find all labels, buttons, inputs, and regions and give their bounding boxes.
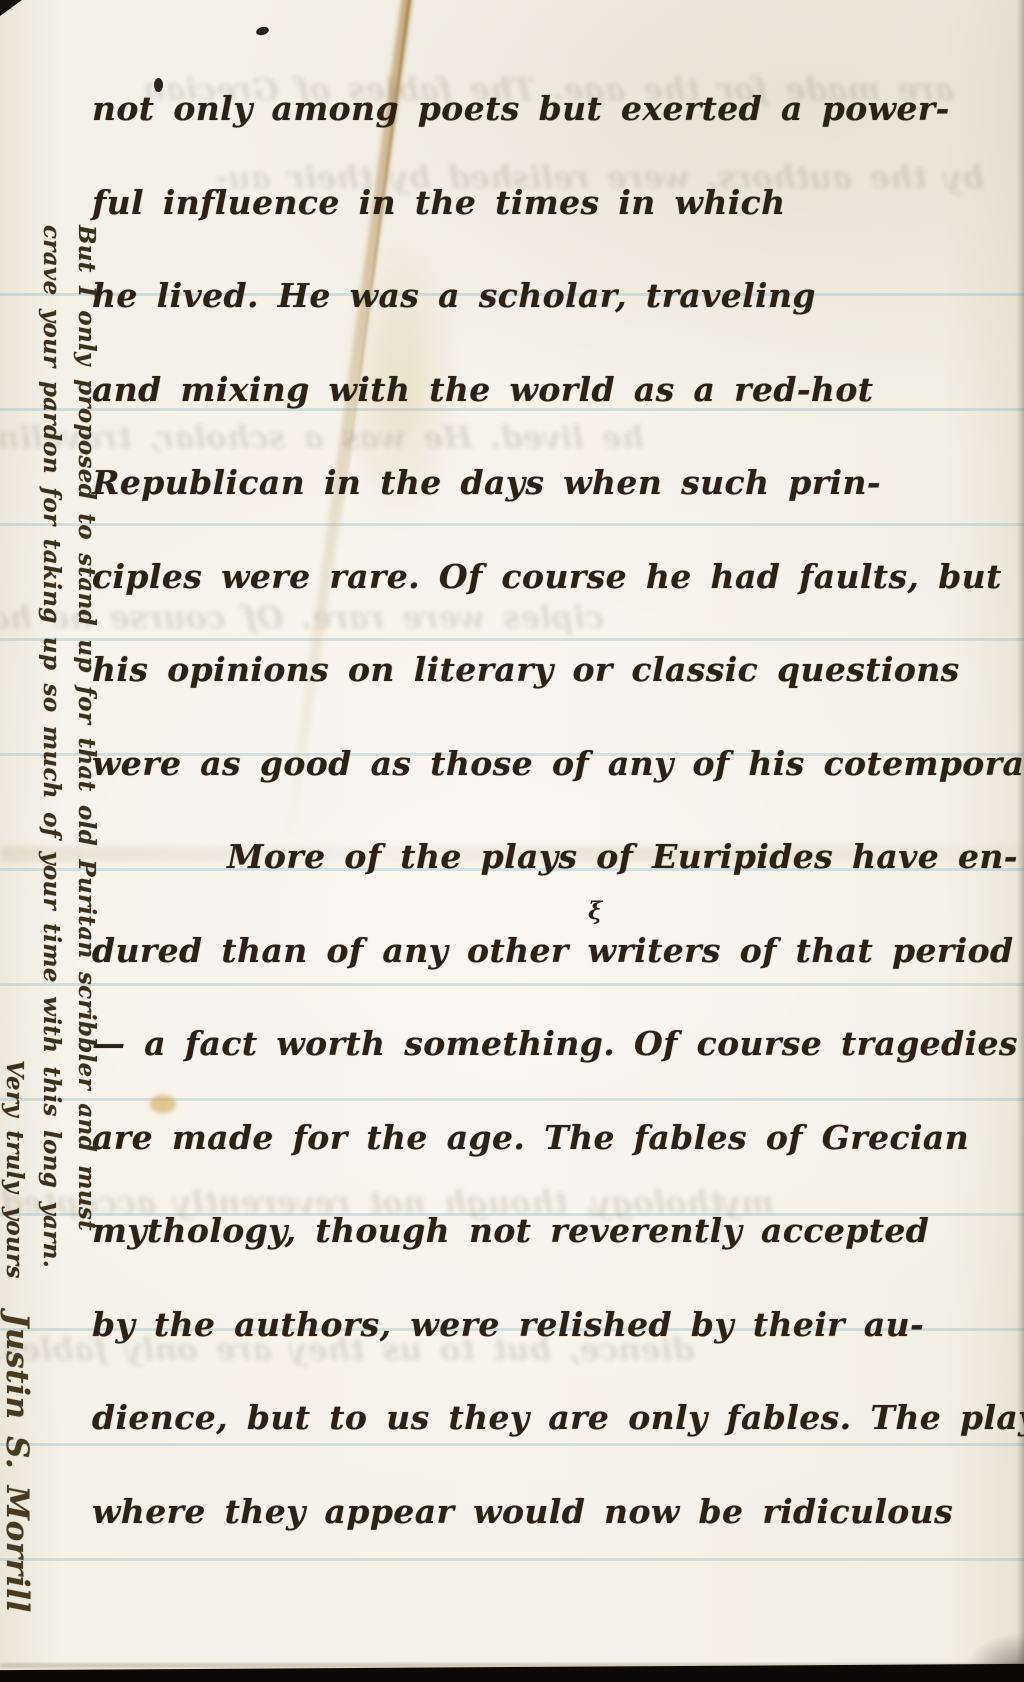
margin-note-closing: Very truly yoursJustin S. Morrill bbox=[0, 225, 34, 1677]
handwritten-line: he lived. He was a scholar, traveling bbox=[92, 249, 972, 343]
signature: Justin S. Morrill bbox=[0, 1313, 35, 1613]
handwritten-line: dience, but to us they are only fables. … bbox=[92, 1371, 972, 1465]
handwritten-line: — a fact worth something. Of course trag… bbox=[92, 997, 972, 1091]
handwritten-line: mythology, though not reverently accepte… bbox=[92, 1184, 972, 1278]
interline-insertion-mark: ξ bbox=[588, 896, 602, 925]
handwritten-line: dured than of any other writers of that … bbox=[92, 904, 972, 998]
handwritten-line: ciples were rare. Of course he had fault… bbox=[92, 530, 972, 624]
margin-note-line: But I only proposed to stand up for that… bbox=[69, 225, 104, 1677]
handwritten-line: are made for the age. The fables of Grec… bbox=[92, 1091, 972, 1185]
handwritten-line: were as good as those of any of his cote… bbox=[92, 717, 972, 811]
handwritten-line: Republican in the days when such prin- bbox=[92, 436, 972, 530]
page-edge-shadow bbox=[1017, 0, 1024, 1682]
handwritten-line: ful influence in the times in which bbox=[92, 156, 972, 250]
letter-body: not only among poets but exerted a power… bbox=[92, 62, 972, 1558]
handwritten-line: not only among poets but exerted a power… bbox=[92, 62, 972, 156]
margin-note-line: crave your pardon for taking up so much … bbox=[34, 225, 69, 1677]
margin-note-rotated: But I only proposed to stand up for that… bbox=[0, 225, 104, 1677]
ink-spot bbox=[154, 78, 163, 92]
handwritten-line: More of the plays of Euripides have en- bbox=[92, 810, 972, 904]
scanned-letter-page: are made for the age. The fables of Grec… bbox=[0, 0, 1024, 1682]
handwritten-line: and mixing with the world as a red-hot bbox=[92, 343, 972, 437]
handwritten-line: where they appear would now be ridiculou… bbox=[92, 1465, 972, 1559]
valediction: Very truly yours bbox=[1, 1060, 28, 1279]
handwritten-line: his opinions on literary or classic ques… bbox=[92, 623, 972, 717]
handwritten-line: by the authors, were relished by their a… bbox=[92, 1278, 972, 1372]
